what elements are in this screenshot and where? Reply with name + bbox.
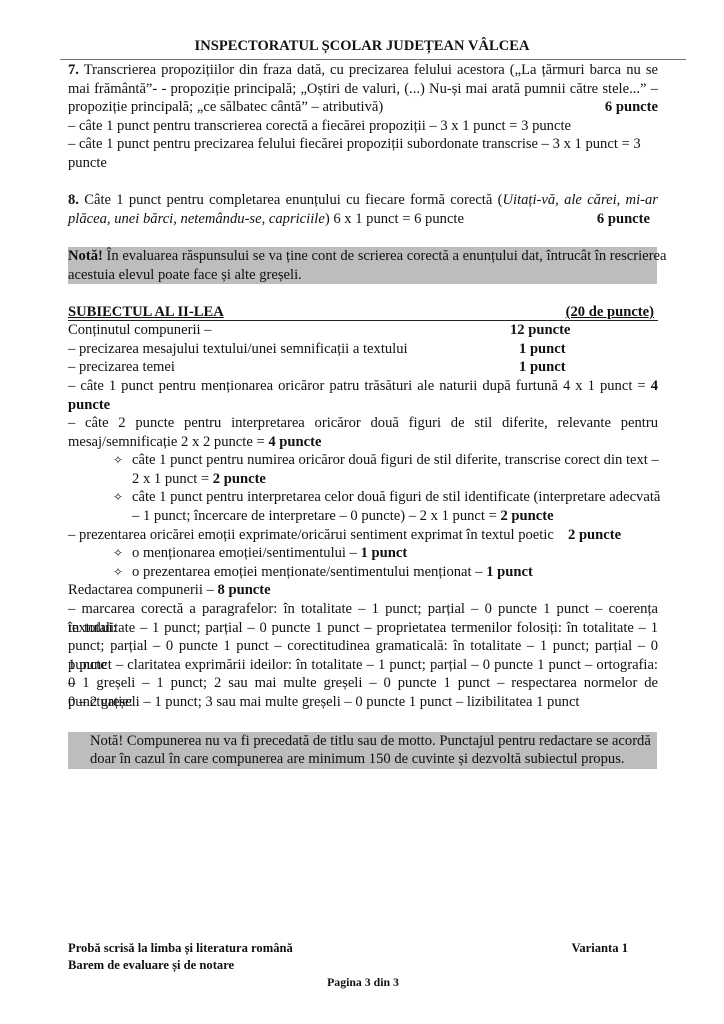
item-8: 8. Câte 1 punct pentru completarea enunț… [68, 191, 658, 228]
content-label-line: Conținutul compunerii –12 puncte [68, 321, 658, 340]
redaction-line-3: punct; parțial – 0 puncte 1 punct – core… [68, 637, 658, 656]
footer-exam-name: Probă scrisă la limba și literatura româ… [68, 941, 293, 955]
footer-doc-type: Barem de evaluare și de notare [68, 957, 658, 974]
spacer [68, 173, 658, 192]
item-8-line-1: 8. Câte 1 punct pentru completarea enunț… [68, 191, 658, 210]
page-footer: Probă scrisă la limba și literatura româ… [68, 940, 658, 974]
redaction-line-4: 1 punct – claritatea exprimării ideilor:… [68, 656, 658, 675]
page-number: Pagina 3 din 3 [68, 974, 658, 991]
figure-bullet-1: ✧câte 1 punct pentru numirea oricăror do… [68, 451, 658, 470]
figure-bullet-2-cont: – 1 punct; încercare de interpretare – 0… [68, 507, 658, 526]
note-1-line-1: Notă! În evaluarea răspunsului se va țin… [68, 247, 657, 266]
criterion-traits-line-1: – câte 1 punct pentru menționarea oricăr… [68, 377, 658, 396]
spacer [68, 712, 658, 732]
item-7-line-3: propoziție principală; „ce sălbatec cânt… [68, 98, 658, 117]
spacer [68, 228, 658, 247]
item-7-points: 6 puncte [605, 98, 658, 117]
criterion-figures-line-1: – câte 2 puncte pentru interpretarea ori… [68, 414, 658, 433]
note-box-2: Notă! Compunerea nu va fi precedată de t… [68, 732, 657, 769]
criterion-theme-points: 1 punct [519, 358, 566, 377]
subject-2-total: (20 de puncte) [566, 303, 654, 321]
item-8-points: 6 puncte [597, 210, 650, 229]
item-7: 7. Transcrierea propozițiilor din fraza … [68, 61, 658, 173]
note-2-line-1: Notă! Compunerea nu va fi precedată de t… [68, 732, 657, 751]
star-bullet-icon: ✧ [113, 488, 123, 507]
criterion-traits-line-2: puncte [68, 396, 658, 415]
note-box-1: Notă! În evaluarea răspunsului se va țin… [68, 247, 657, 284]
criterion-message: – precizarea mesajului textului/unei sem… [68, 340, 658, 359]
header-divider [60, 59, 686, 60]
subject-2-heading: SUBIECTUL AL II-LEA (20 de puncte) [68, 303, 658, 321]
redaction-line-2: în totalitate – 1 punct; parțial – 0 pun… [68, 619, 658, 638]
item-7-line-1: 7. Transcrierea propozițiilor din fraza … [68, 61, 658, 80]
item-8-number: 8. [68, 192, 79, 208]
subject-2: SUBIECTUL AL II-LEA (20 de puncte) Conți… [68, 303, 658, 711]
criterion-message-points: 1 punct [519, 340, 566, 359]
footer-line-1: Probă scrisă la limba și literatura româ… [68, 940, 658, 957]
item-8-line-2: plăcea, unei bărci, netemându-se, capric… [68, 210, 658, 229]
redaction-line-1: – marcarea corectă a paragrafelor: în to… [68, 600, 658, 619]
emotion-bullet-2: ✧o prezentarea emoției menționate/sentim… [68, 563, 658, 582]
note-2-line-2: doar în cazul în care compunerea are min… [68, 750, 657, 769]
criterion-emotion: – prezentarea oricărei emoții exprimate/… [68, 526, 658, 545]
criterion-figures-line-2: mesaj/semnificație 2 x 2 puncte = 4 punc… [68, 433, 658, 452]
subject-2-title: SUBIECTUL AL II-LEA [68, 304, 224, 320]
emotion-bullet-1: ✧o menționarea emoției/sentimentului – 1… [68, 544, 658, 563]
redaction-line-5: – 1 greșeli – 1 punct; 2 sau mai multe g… [68, 674, 658, 693]
note-1-line-2: acestuia elevul poate face și alte greșe… [68, 266, 657, 285]
item-7-line-2: mai frământă”- - propoziție principală; … [68, 80, 658, 99]
item-7-sub-3: puncte [68, 154, 658, 173]
page-header-title: INSPECTORATUL ȘCOLAR JUDEȚEAN VÂLCEA [0, 38, 724, 55]
criterion-theme: – precizarea temei1 punct [68, 358, 658, 377]
figure-bullet-1-cont: 2 x 1 punct = 2 puncte [68, 470, 658, 489]
item-7-number: 7. [68, 62, 79, 78]
criterion-emotion-points: 2 puncte [568, 526, 621, 545]
content-points: 12 puncte [510, 321, 570, 340]
footer-variant: Varianta 1 [571, 940, 628, 957]
item-7-sub-2: – câte 1 punct pentru precizarea felului… [68, 135, 658, 154]
redaction-label-line: Redactarea compunerii – 8 puncte [68, 581, 658, 600]
star-bullet-icon: ✧ [113, 544, 123, 563]
star-bullet-icon: ✧ [113, 563, 123, 582]
document-body: 7. Transcrierea propozițiilor din fraza … [68, 61, 658, 769]
redaction-line-6: 0 – 2 greșeli – 1 punct; 3 sau mai multe… [68, 693, 658, 712]
figure-bullet-2: ✧câte 1 punct pentru interpretarea celor… [68, 488, 658, 507]
note-1-label: Notă! [68, 248, 103, 264]
star-bullet-icon: ✧ [113, 451, 123, 470]
spacer [68, 284, 658, 303]
item-7-sub-1: – câte 1 punct pentru transcrierea corec… [68, 117, 658, 136]
